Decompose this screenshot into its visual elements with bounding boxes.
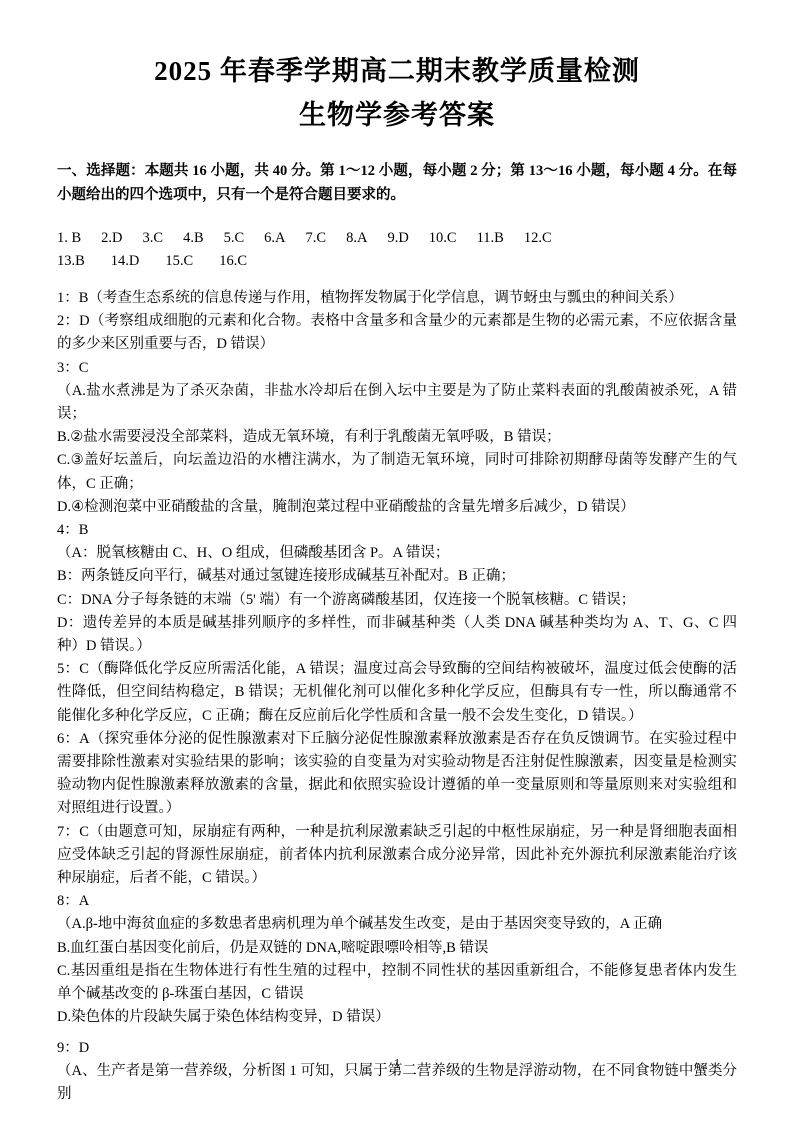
- explanations-section: 1：B（考查生态系统的信息传递与作用，植物挥发物属于化学信息，调节蚜虫与瓢虫的种…: [57, 287, 737, 1106]
- page-number: 1: [0, 1057, 794, 1073]
- explanation-q4-answer: 4：B: [57, 519, 737, 542]
- answer-item: 10.C: [429, 227, 457, 250]
- choice-section-heading: 一、选择题：本题共 16 小题，共 40 分。第 1～12 小题，每小题 2 分…: [57, 159, 737, 207]
- explanation-q3-option-b: B.②盐水需要浸没全部菜料，造成无氧环境，有利于乳酸菌无氧呼吸，B 错误；: [57, 426, 737, 449]
- document-title: 2025 年春季学期高二期末教学质量检测: [57, 50, 737, 92]
- document-subtitle: 生物学参考答案: [57, 95, 737, 135]
- explanation-q8-answer: 8：A: [57, 890, 737, 913]
- explanation-q1: 1：B（考查生态系统的信息传递与作用，植物挥发物属于化学信息，调节蚜虫与瓢虫的种…: [57, 287, 737, 310]
- explanation-q3-answer: 3：C: [57, 357, 737, 380]
- answer-item: 12.C: [524, 227, 552, 250]
- explanation-q6: 6：A（探究垂体分泌的促性腺激素对下丘脑分泌促性腺激素释放激素是否存在负反馈调节…: [57, 728, 737, 821]
- explanation-q4-option-c: C：DNA 分子每条链的末端（5' 端）有一个游离磷酸基团，仅连接一个脱氧核糖。…: [57, 589, 737, 612]
- explanation-q8-option-d: D.染色体的片段缺失属于染色体结构变异，D 错误）: [57, 1006, 737, 1029]
- answer-item: 9.D: [387, 227, 408, 250]
- explanation-q5: 5：C（酶降低化学反应所需活化能，A 错误；温度过高会导致酶的空间结构被破坏，温…: [57, 658, 737, 728]
- answer-item: 13.B: [57, 250, 85, 273]
- document-page: 2025 年春季学期高二期末教学质量检测 生物学参考答案 一、选择题：本题共 1…: [0, 0, 794, 1123]
- answer-item: 3.C: [143, 227, 164, 250]
- explanation-q8-option-b: B.血红蛋白基因变化前后，仍是双链的 DNA,嘧啶跟嘌呤相等,B 错误: [57, 937, 737, 960]
- answer-item: 14.D: [111, 250, 140, 273]
- explanation-q3-option-c: C.③盖好坛盖后，向坛盖边沿的水槽注满水，为了制造无氧环境，同时可排除初期酵母菌…: [57, 449, 737, 495]
- answer-item: 2.D: [101, 227, 122, 250]
- answer-item: 16.C: [219, 250, 247, 273]
- explanation-q7: 7：C（由题意可知，尿崩症有两种，一种是抗利尿激素缺乏引起的中枢性尿崩症，另一种…: [57, 821, 737, 891]
- answer-item: 8.A: [346, 227, 367, 250]
- explanation-q4-option-b: B：两条链反向平行，碱基对通过氢键连接形成碱基互补配对。B 正确；: [57, 565, 737, 588]
- explanation-q2: 2：D（考察组成细胞的元素和化合物。表格中含量多和含量少的元素都是生物的必需元素…: [57, 310, 737, 356]
- explanation-q3-option-a: （A.盐水煮沸是为了杀灭杂菌，非盐水冷却后在倒入坛中主要是为了防止菜料表面的乳酸…: [57, 380, 737, 426]
- explanation-q8-option-c: C.基因重组是指在生物体进行有性生殖的过程中，控制不同性状的基因重新组合，不能修…: [57, 960, 737, 1006]
- explanation-q4-option-a: （A：脱氧核糖由 C、H、O 组成，但磷酸基团含 P。A 错误；: [57, 542, 737, 565]
- explanation-q3-option-d: D.④检测泡菜中亚硝酸盐的含量，腌制泡菜过程中亚硝酸盐的含量先增多后减少，D 错…: [57, 496, 737, 519]
- answer-item: 11.B: [477, 227, 504, 250]
- answers-row-1: 1. B2.D3.C4.B5.C6.A7.C8.A9.D10.C11.B12.C: [57, 227, 737, 250]
- answer-item: 4.B: [183, 227, 204, 250]
- answer-item: 7.C: [306, 227, 327, 250]
- answers-block: 1. B2.D3.C4.B5.C6.A7.C8.A9.D10.C11.B12.C…: [57, 227, 737, 273]
- answer-item: 6.A: [264, 227, 285, 250]
- answer-item: 15.C: [165, 250, 193, 273]
- explanation-q4-option-d: D：遗传差异的本质是碱基排列顺序的多样性，而非碱基种类（人类 DNA 碱基种类均…: [57, 612, 737, 658]
- answer-item: 1. B: [57, 227, 81, 250]
- answers-row-2: 13.B14.D15.C16.C: [57, 250, 737, 273]
- explanation-q8-option-a: （A.β-地中海贫血症的多数患者患病机理为单个碱基发生改变，是由于基因突变导致的…: [57, 913, 737, 936]
- answer-item: 5.C: [224, 227, 245, 250]
